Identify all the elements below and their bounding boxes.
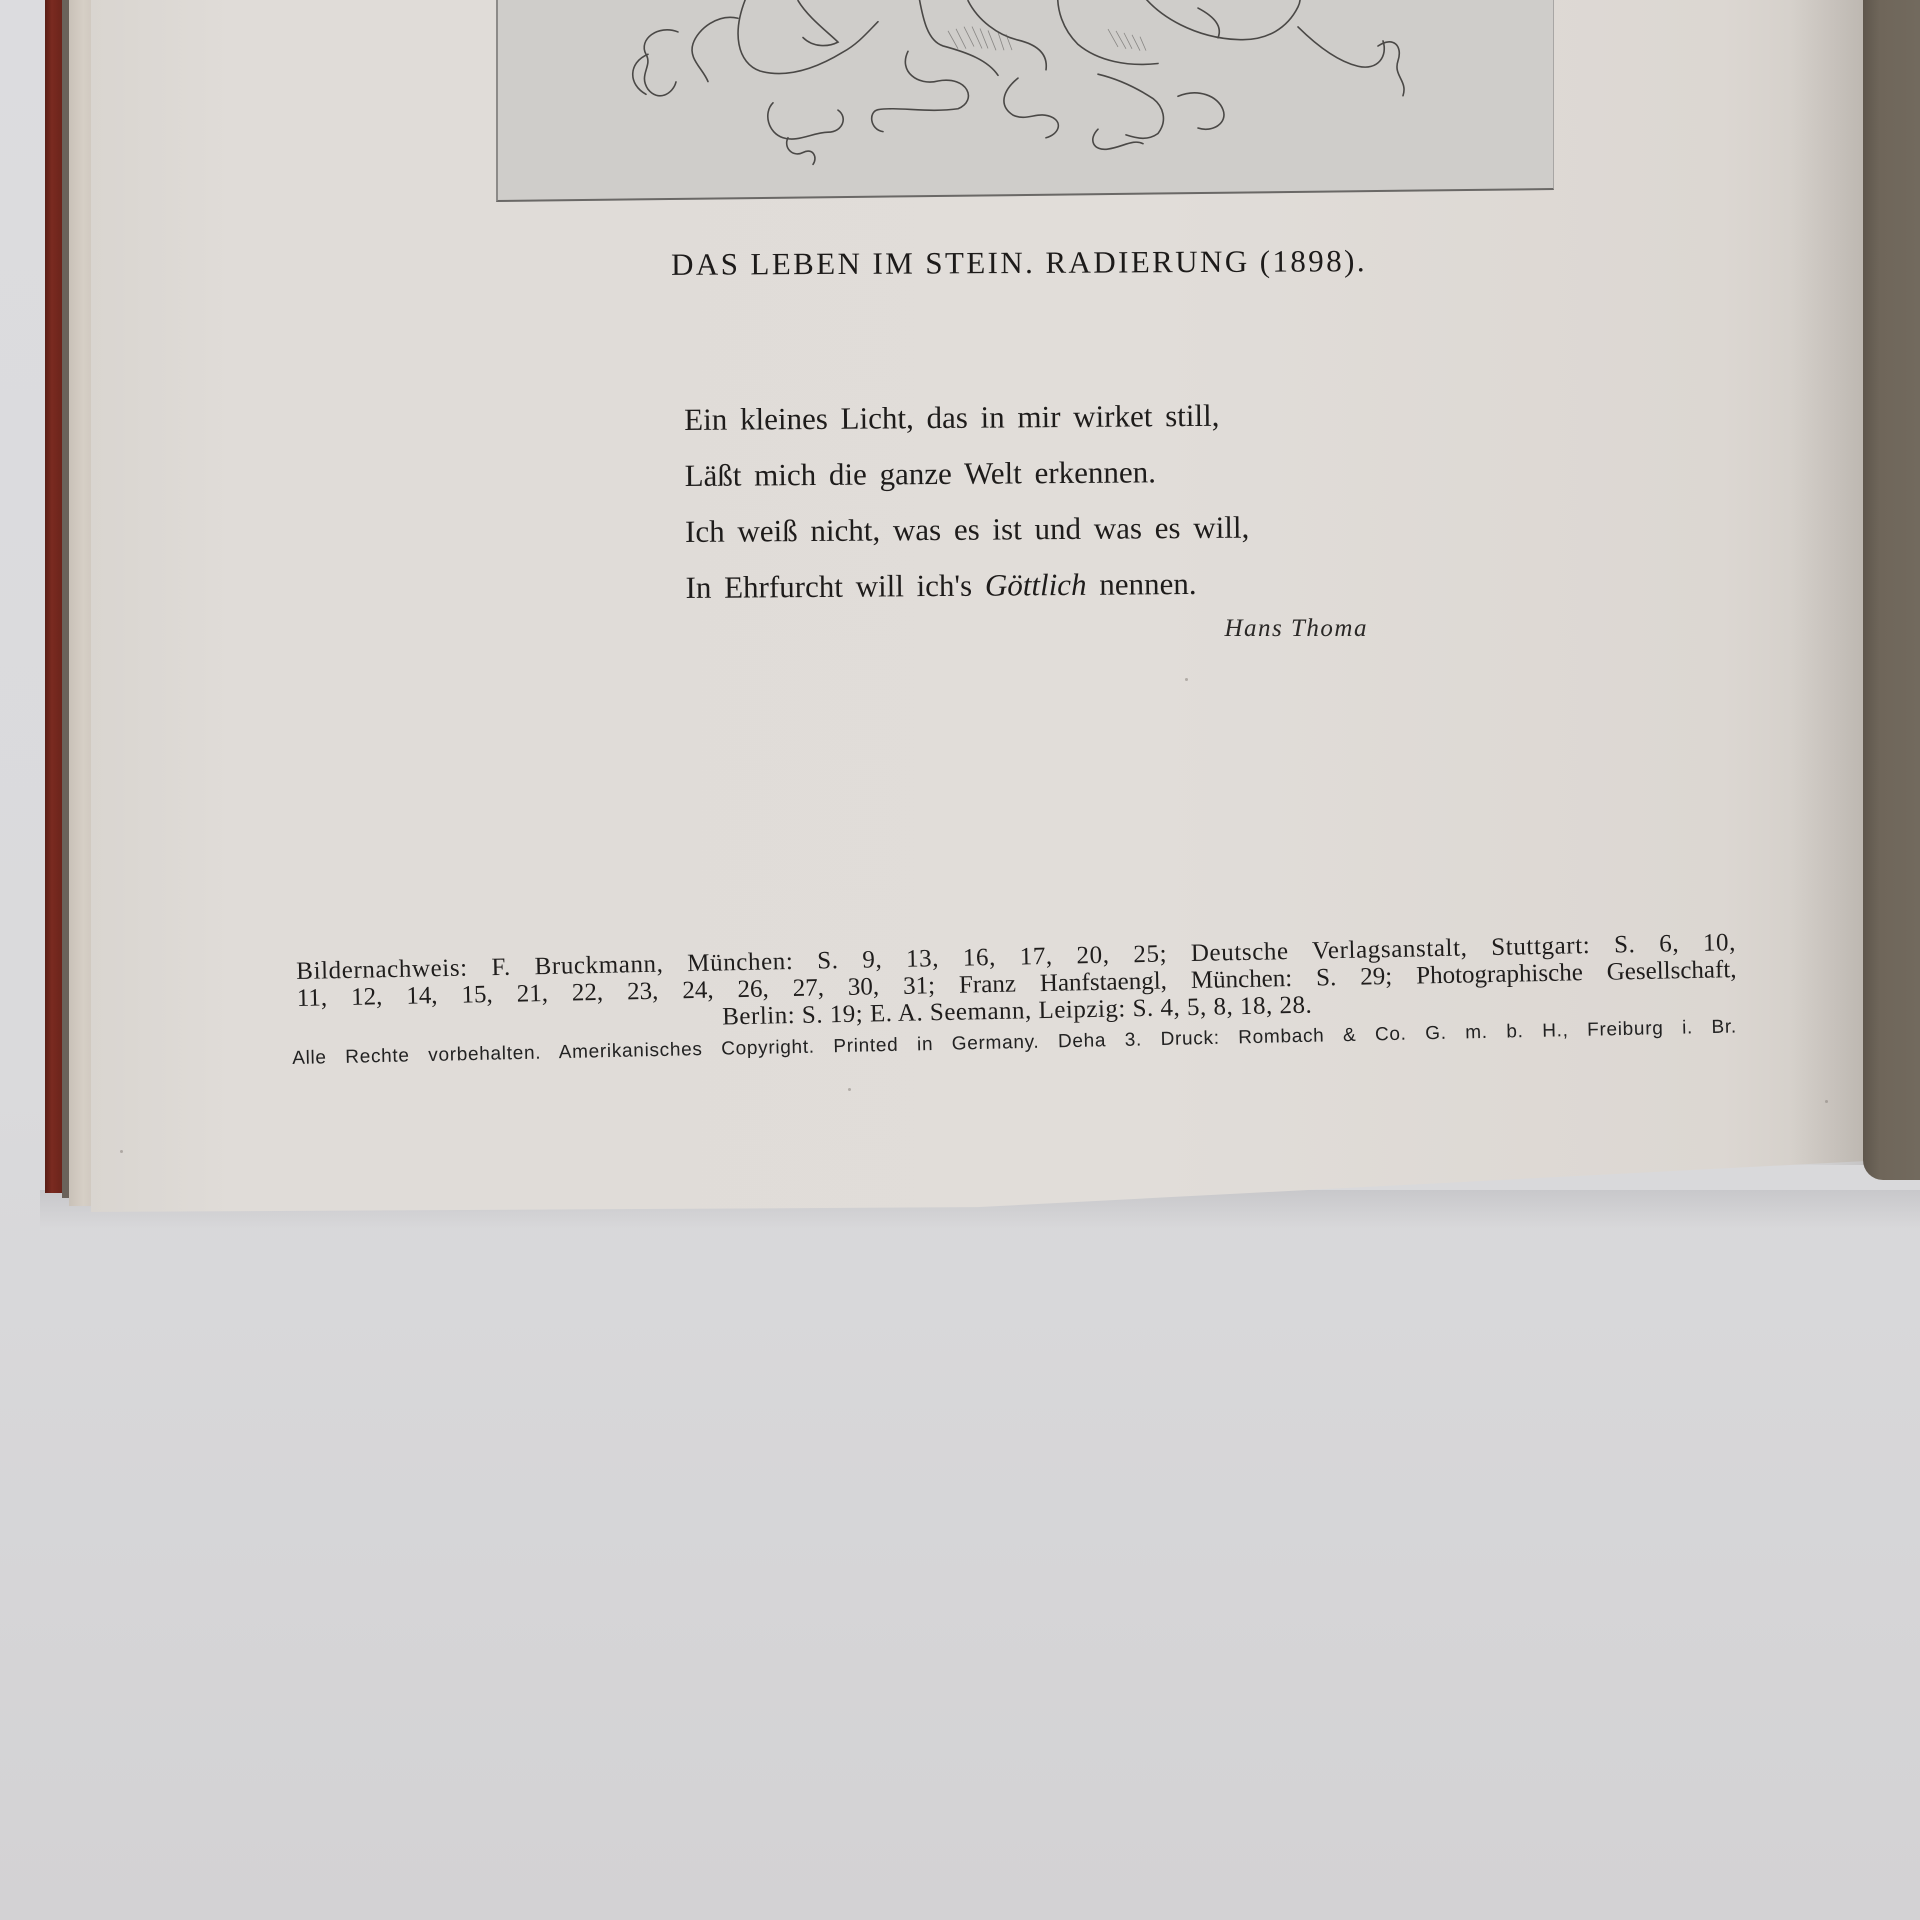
endpaper-edge — [62, 0, 69, 1198]
gutter-shadow — [1790, 0, 1864, 1165]
poem: Ein kleines Licht, das in mir wirket sti… — [684, 387, 1386, 616]
paper-speck — [1185, 678, 1188, 681]
paper-speck — [1825, 1100, 1828, 1103]
poem-author: Hans Thoma — [1000, 615, 1368, 643]
paper-speck — [120, 1150, 123, 1153]
poem-line: Ein kleines Licht, das in mir wirket sti… — [684, 387, 1384, 448]
book-cover-edge — [45, 0, 62, 1193]
poem-line: Ich weiß nicht, was es ist und was es wi… — [685, 498, 1385, 559]
emphasized-word: Göttlich — [985, 567, 1087, 603]
etching-drawing-icon — [498, 0, 1553, 200]
page-stack-edge — [69, 0, 93, 1206]
paper-speck — [848, 1088, 851, 1091]
facing-page-edge — [1863, 0, 1920, 1180]
etching-illustration — [496, 0, 1554, 202]
poem-line: Läßt mich die ganze Welt erkennen. — [684, 443, 1384, 504]
poem-line: In Ehrfurcht will ich's Göttlich nennen. — [685, 554, 1385, 615]
